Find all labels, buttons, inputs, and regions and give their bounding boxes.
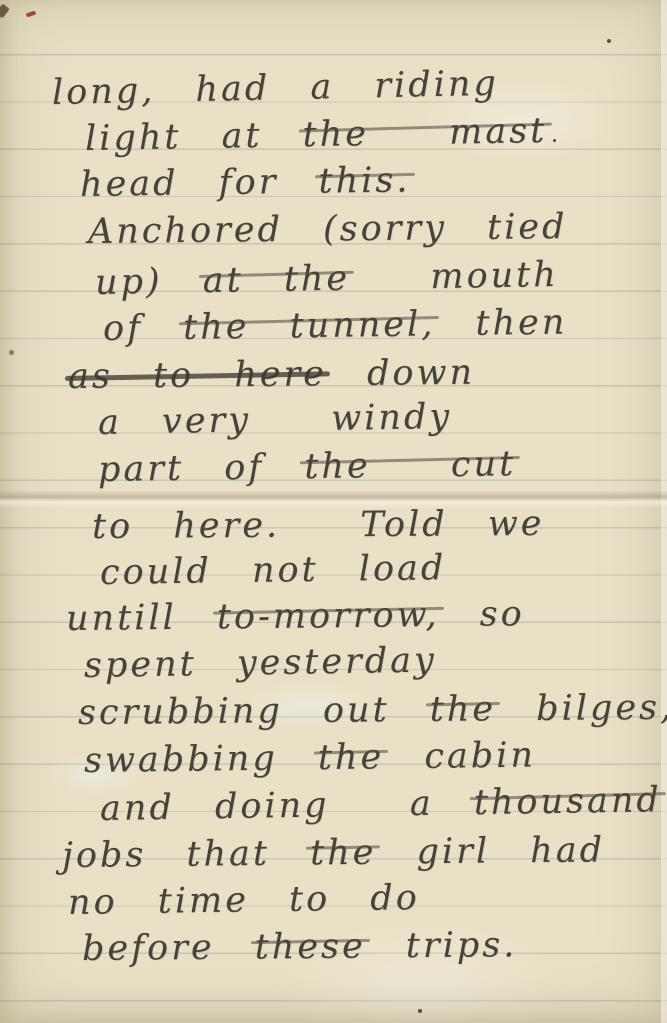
word-segment: long, had a riding — [52, 63, 500, 114]
word-segment: the — [310, 832, 377, 875]
text-line: light at the mast — [85, 110, 548, 160]
word-segment: scrubbing out — [78, 689, 430, 734]
word-segment: Anchored (sorry tied — [88, 206, 568, 253]
word-segment: the cut — [304, 443, 516, 488]
word-segment: down — [327, 352, 476, 396]
handwritten-text: long, had a ridinglight at the masthead … — [0, 0, 667, 1023]
text-line: part of the cut — [98, 443, 517, 491]
word-segment: this. — [318, 159, 410, 202]
word-segment: the tunnel, — [183, 303, 436, 349]
text-line: a very windy — [98, 396, 453, 444]
word-segment: before — [82, 926, 255, 970]
text-line: scrubbing out the bilges, — [78, 687, 667, 734]
text-line: jobs that the girl had — [62, 829, 605, 877]
word-segment: could not load — [100, 547, 447, 594]
text-line: long, had a riding — [52, 63, 500, 114]
text-line: Anchored (sorry tied — [88, 206, 568, 253]
word-segment: the — [318, 736, 385, 779]
text-line: as to here down — [68, 352, 475, 398]
word-segment: and doing a — [100, 782, 474, 830]
word-segment: up) — [95, 260, 203, 304]
word-segment: light at — [85, 114, 303, 160]
paper-speck — [418, 1009, 422, 1013]
word-segment: a very windy — [98, 396, 453, 444]
paper-speck — [553, 139, 556, 142]
word-segment: these — [255, 926, 366, 969]
word-segment: no time to do — [68, 877, 420, 924]
text-line: up) at the mouth — [95, 254, 559, 304]
word-segment: spent yesterday — [84, 639, 437, 687]
word-segment: swabbing — [84, 737, 318, 782]
text-line: of the tunnel, then — [103, 302, 568, 350]
text-line: to here. Told we — [92, 503, 545, 548]
word-segment: cabin — [384, 734, 536, 778]
text-line: before these trips. — [82, 924, 518, 970]
word-segment: of — [103, 307, 184, 350]
text-line: spent yesterday — [84, 639, 437, 687]
word-segment: jobs that — [62, 832, 311, 877]
word-segment: head for — [80, 161, 319, 206]
notebook-page: long, had a ridinglight at the masthead … — [0, 0, 667, 1023]
word-segment: girl had — [376, 829, 605, 873]
word-segment: untill — [66, 596, 217, 640]
text-line: could not load — [100, 547, 447, 594]
word-segment: thousand — [473, 779, 662, 824]
struck-out-text: as to here — [68, 353, 327, 398]
paper-speck — [9, 350, 14, 355]
word-segment: bilges, — [496, 687, 667, 731]
text-line: untill to-morrow, so — [66, 593, 525, 640]
text-line: head for this. — [80, 159, 411, 206]
word-segment: trips. — [366, 924, 518, 967]
word-segment: at the — [202, 258, 350, 303]
word-segment: part of — [98, 446, 305, 491]
word-segment: then — [435, 302, 568, 346]
word-segment: to-morrow, — [217, 594, 440, 638]
word-segment: to here. Told we — [92, 503, 545, 548]
word-segment: so — [439, 593, 525, 636]
word-segment: the mast — [302, 110, 547, 156]
text-line: no time to do — [68, 877, 420, 924]
word-segment: mouth — [350, 254, 559, 300]
word-segment: the — [430, 688, 497, 731]
text-line: and doing a thousand — [100, 779, 662, 830]
paper-speck — [607, 39, 611, 43]
text-line: swabbing the cabin — [84, 734, 536, 782]
